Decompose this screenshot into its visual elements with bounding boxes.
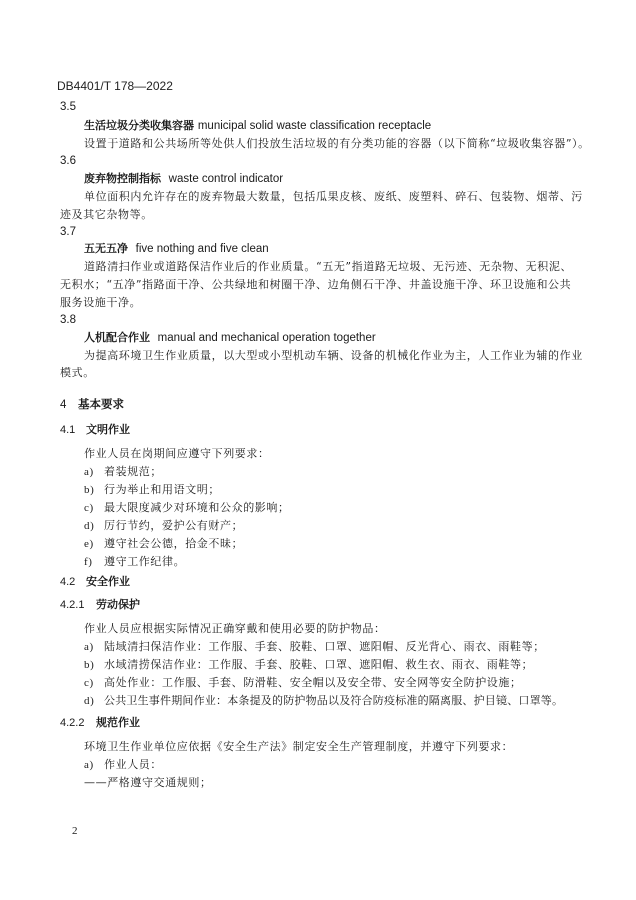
term-definition-cont: 无积水；“五净”指路面干净、公共绿地和树圈干净、边角侧石干净、井盖设施干净、环卫… xyxy=(60,278,571,292)
term-number: 3.6 xyxy=(60,154,76,168)
term-zh: 生活垃圾分类收集容器 xyxy=(84,119,194,132)
dash-item: ——严格遵守交通规则； xyxy=(84,776,212,790)
subsubsection-title: 劳动保护 xyxy=(96,598,140,611)
list-item: a)着装规范； xyxy=(84,465,162,479)
paragraph: 环境卫生作业单位应依据《安全生产法》制定安全生产管理制度，并遵守下列要求： xyxy=(84,740,513,754)
list-label: b) xyxy=(84,658,104,672)
list-item: c)高处作业：工作服、手套、防滑鞋、安全帽以及安全带、安全网等安全防护设施； xyxy=(84,676,522,690)
list-text: 陆域清扫保洁作业：工作服、手套、胶鞋、口罩、遮阳帽、反光背心、雨衣、雨鞋等； xyxy=(104,640,545,653)
paragraph: 作业人员应根据实际情况正确穿戴和使用必要的防护物品： xyxy=(84,622,386,636)
subsection-title: 文明作业 xyxy=(86,423,130,436)
subsubsection-number: 4.2.1 xyxy=(60,598,96,612)
subsubsection-title: 规范作业 xyxy=(96,716,140,729)
term-definition: 设置于道路和公共场所等处供人们投放生活垃圾的有分类功能的容器（以下简称“垃圾收集… xyxy=(84,137,590,151)
list-label: b) xyxy=(84,483,104,497)
term-number: 3.7 xyxy=(60,225,76,239)
list-item: f)遵守工作纪律。 xyxy=(84,555,185,569)
list-label: c) xyxy=(84,501,104,515)
list-item: d)厉行节约，爱护公有财产； xyxy=(84,519,243,533)
term-en: manual and mechanical operation together xyxy=(158,332,376,344)
list-text: 行为举止和用语文明； xyxy=(104,483,220,496)
list-item: b)行为举止和用语文明； xyxy=(84,483,220,497)
subsubsection-heading: 4.2.2规范作业 xyxy=(60,716,140,730)
list-text: 作业人员： xyxy=(104,758,162,771)
list-text: 厉行节约，爱护公有财产； xyxy=(104,519,243,532)
term-zh: 废弃物控制指标 xyxy=(84,172,161,185)
term-definition: 为提高环境卫生作业质量，以大型或小型机动车辆、设备的机械化作业为主，人工作业为辅… xyxy=(84,349,583,363)
term-number: 3.5 xyxy=(60,100,76,114)
term-definition: 道路清扫作业或道路保洁作业后的作业质量。“五无”指道路无垃圾、无污迹、无杂物、无… xyxy=(84,260,572,274)
term-definition-cont: 模式。 xyxy=(60,366,95,380)
list-text: 高处作业：工作服、手套、防滑鞋、安全帽以及安全带、安全网等安全防护设施； xyxy=(104,676,522,689)
list-item: a)陆域清扫保洁作业：工作服、手套、胶鞋、口罩、遮阳帽、反光背心、雨衣、雨鞋等； xyxy=(84,640,545,654)
section-title: 基本要求 xyxy=(78,397,124,411)
list-text: 遵守工作纪律。 xyxy=(104,555,185,568)
list-text: 公共卫生事件期间作业：本条提及的防护物品以及符合防疫标准的隔离服、护目镜、口罩等… xyxy=(104,694,563,707)
term-heading: 五无五净 five nothing and five clean xyxy=(84,242,269,256)
section-number: 4 xyxy=(60,398,78,412)
list-item: b)水域清捞保洁作业：工作服、手套、胶鞋、口罩、遮阳帽、救生衣、雨衣、雨鞋等； xyxy=(84,658,533,672)
term-definition-cont: 迹及其它杂物等。 xyxy=(60,208,153,222)
list-text: 水域清捞保洁作业：工作服、手套、胶鞋、口罩、遮阳帽、救生衣、雨衣、雨鞋等； xyxy=(104,658,533,671)
list-label: c) xyxy=(84,676,104,690)
subsection-number: 4.2 xyxy=(60,575,86,589)
paragraph: 作业人员在岗期间应遵守下列要求： xyxy=(84,447,270,461)
subsection-title: 安全作业 xyxy=(86,575,130,588)
term-zh: 五无五净 xyxy=(84,242,128,255)
list-text: 遵守社会公德，拾金不昧； xyxy=(104,537,243,550)
list-item: c)最大限度减少对环境和公众的影响； xyxy=(84,501,290,515)
list-label: d) xyxy=(84,694,104,708)
term-number: 3.8 xyxy=(60,313,76,327)
list-item: e)遵守社会公德，拾金不昧； xyxy=(84,537,243,551)
subsection-number: 4.1 xyxy=(60,423,86,437)
term-heading: 生活垃圾分类收集容器 municipal solid waste classif… xyxy=(84,119,431,133)
term-en: five nothing and five clean xyxy=(136,243,269,255)
list-label: a) xyxy=(84,758,104,772)
list-label: f) xyxy=(84,555,104,569)
page-number: 2 xyxy=(72,824,78,838)
list-item: d)公共卫生事件期间作业：本条提及的防护物品以及符合防疫标准的隔离服、护目镜、口… xyxy=(84,694,563,708)
section-heading: 4基本要求 xyxy=(60,397,124,412)
list-text: 最大限度减少对环境和公众的影响； xyxy=(104,501,290,514)
term-zh: 人机配合作业 xyxy=(84,331,150,344)
term-heading: 废弃物控制指标 waste control indicator xyxy=(84,172,283,186)
list-label: a) xyxy=(84,465,104,479)
document-page: DB4401/T 178—2022 3.5 生活垃圾分类收集容器 municip… xyxy=(0,0,636,900)
list-label: a) xyxy=(84,640,104,654)
list-text: 着装规范； xyxy=(104,465,162,478)
term-en: municipal solid waste classification rec… xyxy=(198,120,431,132)
subsubsection-heading: 4.2.1劳动保护 xyxy=(60,598,140,612)
term-heading: 人机配合作业 manual and mechanical operation t… xyxy=(84,331,376,345)
subsection-heading: 4.2安全作业 xyxy=(60,575,130,589)
list-label: d) xyxy=(84,519,104,533)
subsection-heading: 4.1文明作业 xyxy=(60,423,130,437)
term-en: waste control indicator xyxy=(169,173,283,185)
document-code: DB4401/T 178—2022 xyxy=(57,79,173,93)
subsubsection-number: 4.2.2 xyxy=(60,716,96,730)
list-item: a)作业人员： xyxy=(84,758,162,772)
term-definition-cont: 服务设施干净。 xyxy=(60,296,141,310)
list-label: e) xyxy=(84,537,104,551)
term-definition: 单位面积内允许存在的废弃物最大数量，包括瓜果皮核、废纸、废塑料、碎石、包装物、烟… xyxy=(84,190,583,204)
